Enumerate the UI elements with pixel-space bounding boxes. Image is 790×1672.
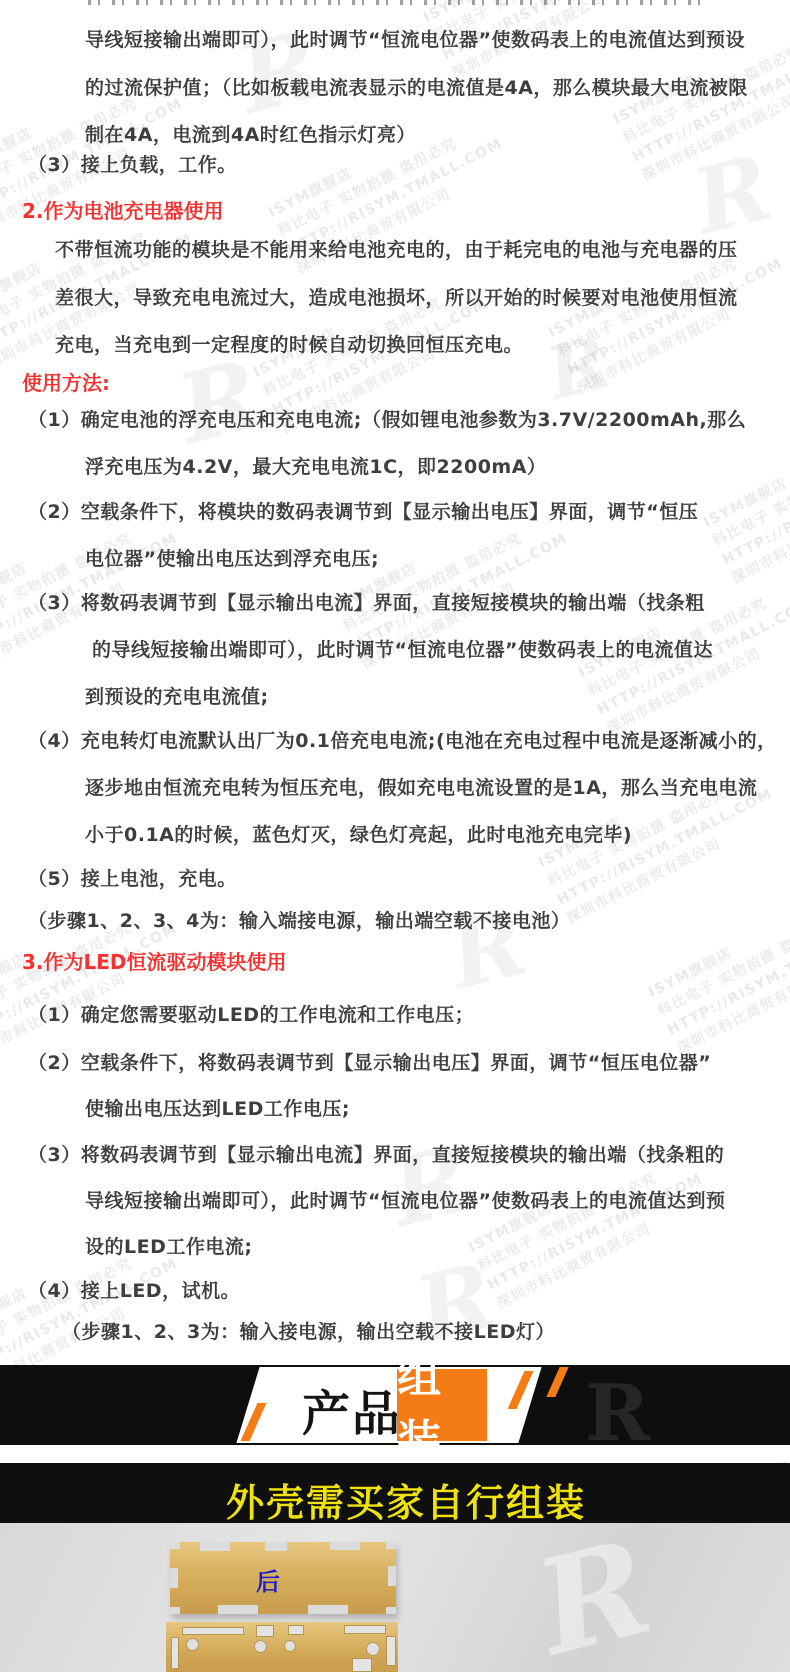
panel-slot — [171, 1637, 179, 1669]
panel-notch — [170, 1542, 180, 1549]
instruction-line: （1）确定您需要驱动LED的工作电流和工作电压； — [28, 1000, 474, 1027]
instruction-line: （步骤1、2、3为：输入接电源，输出空载不接LED灯） — [62, 1317, 555, 1344]
panel-notch — [218, 1605, 258, 1614]
watermark-tile: ISYM旗舰店科比电子 实物拍摄 盗用必究HTTP://RISYM.TMALL.… — [700, 406, 790, 589]
instruction-line: （4）充电转灯电流默认出厂为0.1倍充电电流;(电池在充电过程中电流是逐渐减小的… — [28, 726, 777, 753]
assembly-banner-word-right: 组装 — [397, 1369, 487, 1441]
panel-slot — [352, 1658, 372, 1672]
case-panel-front — [166, 1622, 398, 1672]
assembly-banner-word-left: 产品 — [302, 1375, 402, 1444]
shell-notice-text: 外壳需买家自行组装 — [226, 1472, 586, 1527]
instruction-line: 电位器”使输出电压达到浮充电压; — [85, 544, 379, 571]
panel-slot — [386, 1636, 396, 1666]
instruction-line: （2）空载条件下，将数码表调节到【显示输出电压】界面，调节“恒压电位器” — [28, 1048, 711, 1075]
panel-notch — [170, 1568, 178, 1588]
panel-notch — [170, 1607, 180, 1614]
panel-notch — [330, 1542, 360, 1550]
watermark-tile: ISYM旗舰店科比电子 实物拍摄 盗用必究HTTP://RISYM.TMALL.… — [645, 876, 790, 1059]
instruction-line: 浮充电压为4.2V，最大充电电流1C，即2200mA） — [85, 452, 546, 479]
assembly-banner: 产品 组装 R — [0, 1365, 790, 1445]
panel-notch — [308, 1605, 348, 1614]
instruction-line: （步骤1、2、3、4为：输入端接电源，输出端空载不接电池） — [28, 906, 570, 933]
watermark-letter: R — [540, 326, 615, 410]
instruction-line: 逐步地由恒流充电转为恒压充电，假如充电电流设置的是1A，那么当充电电流 — [85, 773, 757, 800]
shell-notice-banner: 外壳需买家自行组装 — [0, 1463, 790, 1523]
instruction-line: （4）接上LED，试机。 — [28, 1276, 240, 1303]
instruction-line: 设的LED工作电流; — [85, 1232, 252, 1259]
instruction-line: （2）空载条件下，将模块的数码表调节到【显示输出电压】界面，调节“恒压 — [28, 497, 698, 524]
panel-hole — [254, 1640, 267, 1653]
panel-notch — [200, 1542, 230, 1551]
product-description-page: ISYM旗舰店科比电子 实物拍摄 盗用必究HTTP://RISYM.TMALL.… — [0, 0, 790, 1672]
panel-notch — [388, 1566, 396, 1586]
orange-slash-icon — [546, 1367, 568, 1397]
instruction-line: （3）接上负载，工作。 — [28, 150, 237, 177]
watermark-letter: R — [685, 142, 779, 247]
instruction-line: 使输出电压达到LED工作电压; — [85, 1094, 350, 1121]
top-cutoff-text-remnant — [88, 0, 712, 5]
instruction-line: 差很大，导致充电电流过大，造成电池损坏，所以开始的时候要对电池使用恒流 — [55, 283, 738, 310]
panel-slot — [256, 1625, 274, 1637]
panel-notch — [386, 1607, 396, 1614]
panel-notch — [386, 1542, 396, 1549]
case-panel-back: 后 — [170, 1542, 396, 1614]
watermark-letter: R — [585, 1375, 650, 1453]
instruction-line: 的过流保护值；（比如板载电流表显示的电流值是4A，那么模块最大电流被限 — [85, 73, 748, 100]
panel-hole — [284, 1640, 296, 1652]
instruction-line: （3）将数码表调节到【显示输出电流】界面，直接短接模块的输出端（找条粗 — [28, 588, 705, 615]
photo-section: R 后 — [0, 1523, 790, 1672]
section-heading: 3.作为LED恒流驱动模块使用 — [22, 946, 287, 975]
panel-hole — [366, 1642, 380, 1656]
watermark-letter: R — [170, 347, 270, 458]
panel-notch — [265, 1542, 287, 1551]
instruction-line: 制在4A，电流到4A时红色指示灯亮） — [85, 120, 416, 147]
back-panel-label: 后 — [256, 1562, 280, 1597]
panel-slot — [344, 1625, 386, 1634]
instruction-line: （1）确定电池的浮充电压和充电电流;（假如锂电池参数为3.7V/2200mAh,… — [28, 405, 746, 432]
panel-slot — [288, 1625, 304, 1635]
watermark-letter: R — [526, 1522, 662, 1672]
panel-slot — [182, 1627, 244, 1635]
instruction-line: 的导线短接输出端即可），此时调节“恒流电位器”使数码表上的电流值达 — [92, 635, 713, 662]
instruction-line: 充电，当充电到一定程度的时候自动切换回恒压充电。 — [55, 330, 523, 357]
instruction-line: 小于0.1A的时候，蓝色灯灭，绿色灯亮起，此时电池充电完毕) — [85, 820, 632, 847]
instruction-line: （3）将数码表调节到【显示输出电流】界面，直接短接模块的输出端（找条粗的 — [28, 1140, 724, 1167]
instruction-line: （5）接上电池，充电。 — [28, 864, 237, 891]
section-heading: 使用方法: — [22, 367, 110, 396]
instruction-line: 到预设的充电电流值; — [85, 682, 269, 709]
instruction-line: 不带恒流功能的模块是不能用来给电池充电的，由于耗完电的电池与充电器的压 — [55, 235, 738, 262]
panel-hole — [186, 1638, 199, 1651]
instruction-line: 导线短接输出端即可），此时调节“恒流电位器”使数码表上的电流值达到预 — [85, 1186, 725, 1213]
instruction-line: 导线短接输出端即可），此时调节“恒流电位器”使数码表上的电流值达到预设 — [85, 25, 745, 52]
section-heading: 2.作为电池充电器使用 — [22, 195, 224, 224]
